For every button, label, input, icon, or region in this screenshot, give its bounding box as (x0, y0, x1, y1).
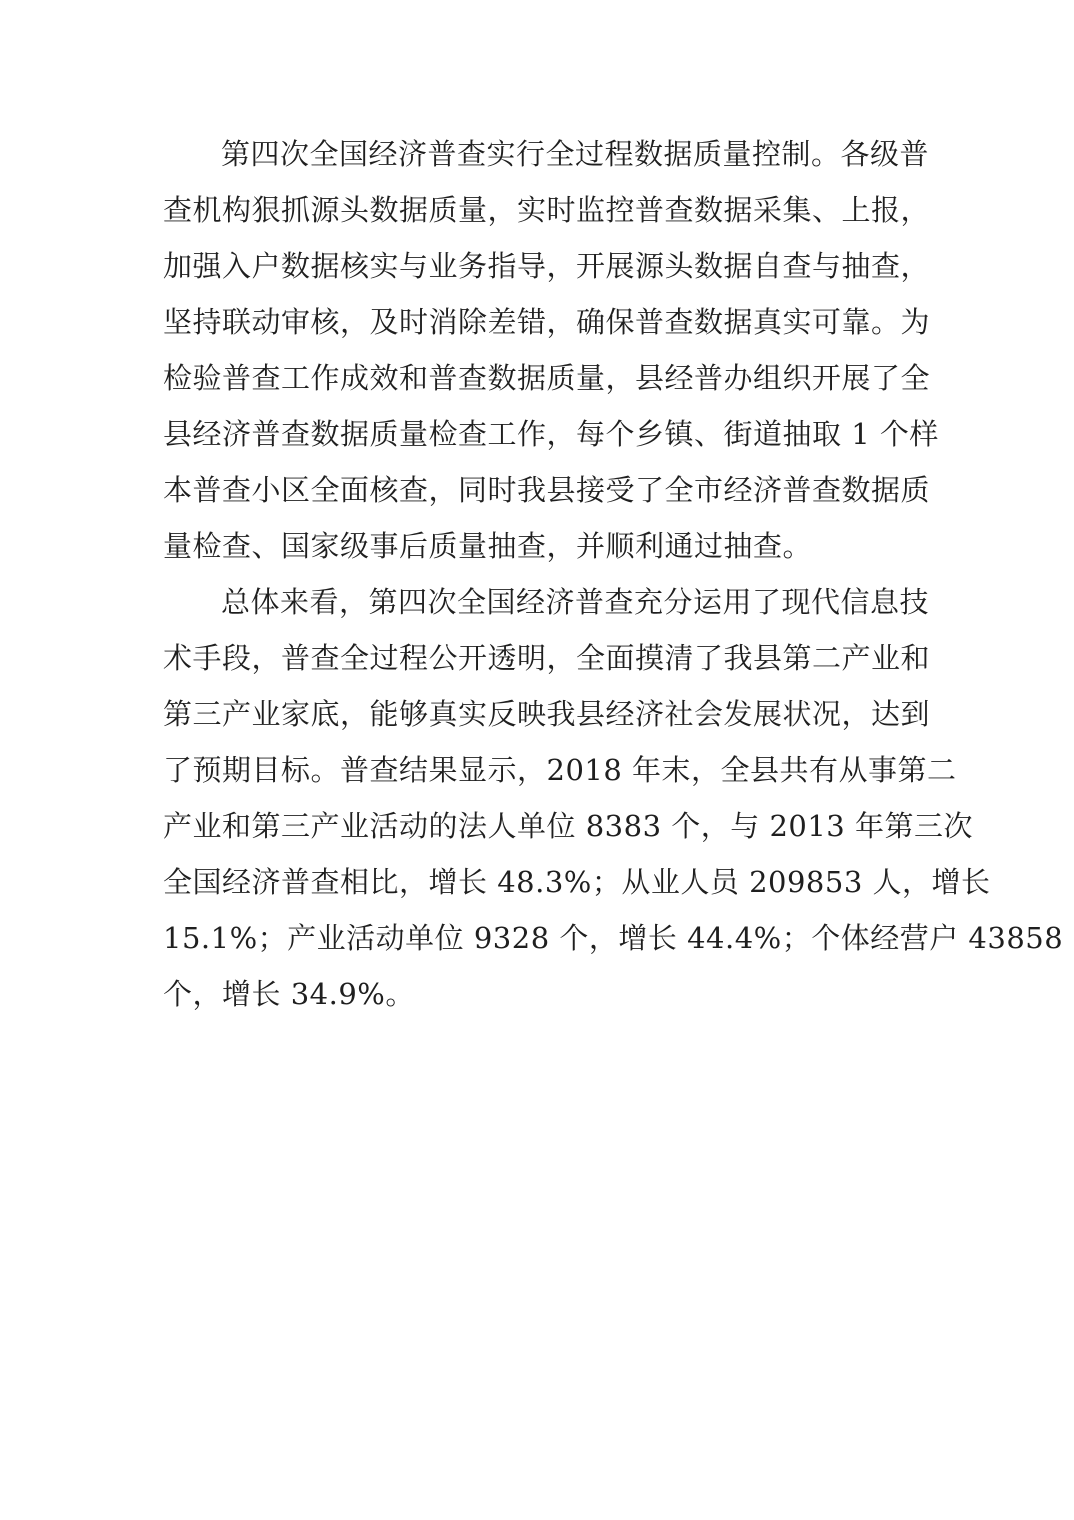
text-line: 坚持联动审核，及时消除差错，确保普查数据真实可靠。为 (163, 294, 911, 350)
text-line: 检验普查工作成效和普查数据质量，县经普办组织开展了全 (163, 350, 911, 406)
text-line: 第四次全国经济普查实行全过程数据质量控制。各级普 (163, 126, 911, 182)
document-page: 第四次全国经济普查实行全过程数据质量控制。各级普 查机构狠抓源头数据质量，实时监… (0, 0, 1074, 1520)
text-line: 加强入户数据核实与业务指导，开展源头数据自查与抽查， (163, 238, 911, 294)
paragraph-summary-results: 总体来看，第四次全国经济普查充分运用了现代信息技 术手段，普查全过程公开透明，全… (163, 574, 911, 1022)
text-line: 产业和第三产业活动的法人单位 8383 个，与 2013 年第三次 (163, 798, 911, 854)
text-line: 第三产业家底，能够真实反映我县经济社会发展状况，达到 (163, 686, 911, 742)
text-line: 县经济普查数据质量检查工作，每个乡镇、街道抽取 1 个样 (163, 406, 911, 462)
text-line: 量检查、国家级事后质量抽查，并顺利通过抽查。 (163, 518, 911, 574)
paragraph-quality-control: 第四次全国经济普查实行全过程数据质量控制。各级普 查机构狠抓源头数据质量，实时监… (163, 126, 911, 574)
text-line: 了预期目标。普查结果显示，2018 年末，全县共有从事第二 (163, 742, 911, 798)
document-text-block: 第四次全国经济普查实行全过程数据质量控制。各级普 查机构狠抓源头数据质量，实时监… (163, 126, 911, 1022)
text-line: 全国经济普查相比，增长 48.3%；从业人员 209853 人，增长 (163, 854, 911, 910)
text-line: 个，增长 34.9%。 (163, 966, 911, 1022)
text-line: 术手段，普查全过程公开透明，全面摸清了我县第二产业和 (163, 630, 911, 686)
text-line: 查机构狠抓源头数据质量，实时监控普查数据采集、上报， (163, 182, 911, 238)
text-line: 本普查小区全面核查，同时我县接受了全市经济普查数据质 (163, 462, 911, 518)
text-line: 总体来看，第四次全国经济普查充分运用了现代信息技 (163, 574, 911, 630)
text-line: 15.1%；产业活动单位 9328 个，增长 44.4%；个体经营户 43858 (163, 910, 911, 966)
